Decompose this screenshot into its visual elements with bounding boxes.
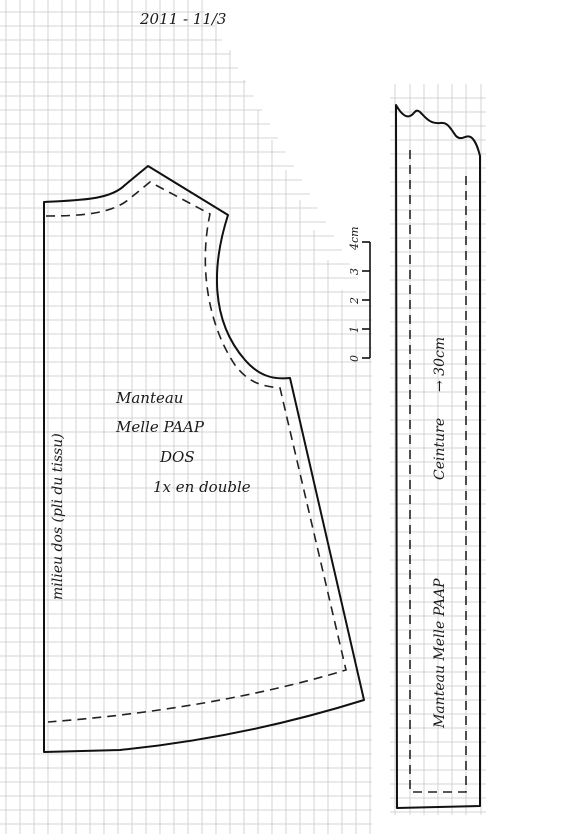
belt-model-label: Manteau Melle PAAP xyxy=(432,578,448,729)
back-seam-line xyxy=(46,182,346,722)
scale-ruler: 0 1 2 3 4cm xyxy=(348,226,370,362)
piece-name: DOS xyxy=(159,448,195,466)
graph-grid-left xyxy=(0,0,372,834)
date-note: 2011 - 11/3 xyxy=(139,10,226,28)
ruler-tick-0: 0 xyxy=(348,355,361,362)
ruler-tick-3: 3 xyxy=(348,268,361,275)
garment-name: Manteau xyxy=(115,389,183,407)
ruler-unit-label: 4cm xyxy=(348,226,361,251)
back-pattern-piece xyxy=(44,166,364,752)
back-cut-line xyxy=(44,166,364,752)
pattern-sheet: 2011 - 11/3 milieu dos (pli du tissu) Ma… xyxy=(0,0,564,834)
model-name: Melle PAAP xyxy=(115,418,205,436)
cut-instruction: 1x en double xyxy=(153,478,251,496)
fold-label: milieu dos (pli du tissu) xyxy=(50,433,66,600)
belt-piece-name: Ceinture xyxy=(432,418,448,480)
ruler-tick-1: 1 xyxy=(348,326,361,333)
ruler-tick-2: 2 xyxy=(348,297,361,305)
belt-length-note: → 30cm xyxy=(432,337,448,392)
